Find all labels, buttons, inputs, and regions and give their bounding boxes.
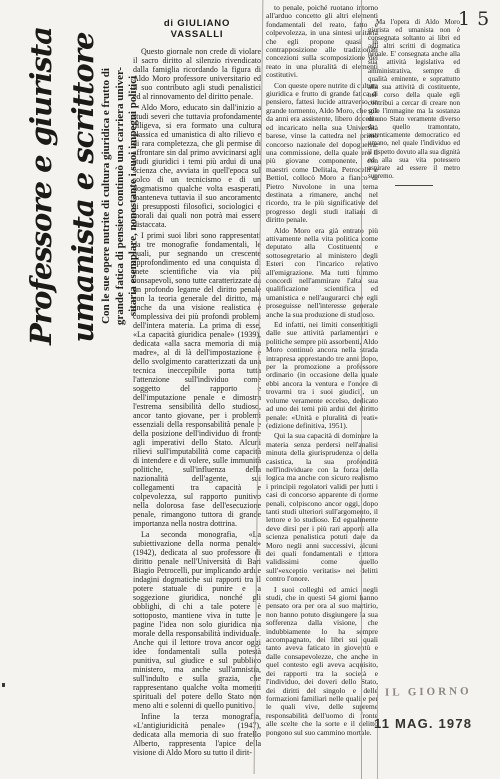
page-number: 15 <box>458 8 496 30</box>
byline-line-1: di GIULIANO <box>133 18 261 29</box>
date-stamp: 11 MAG. 1978 <box>374 716 472 731</box>
article-paragraph: Aldo Moro, educato sin dall'inizio a stu… <box>133 103 261 229</box>
article-paragraph: La seconda monografia, «La subiettivazio… <box>133 530 261 710</box>
clipping-edge-line <box>377 686 378 779</box>
article-paragraph: Questo giornale non crede di violare il … <box>133 47 261 101</box>
article-headline: Professore e giurista umanista e scritto… <box>20 30 104 345</box>
article-paragraph: I primi suoi libri sono rappresentati da… <box>133 231 261 528</box>
scan-speck <box>2 683 5 687</box>
headline-line-1: Professore e giurista <box>20 30 62 345</box>
newspaper-name-stamp: IL GIORNO <box>385 685 472 699</box>
text-column-3: Ma l'opera di Aldo Moro giurista ed uman… <box>368 18 460 188</box>
column-divider-right <box>361 0 362 779</box>
text-column-1: di GIULIANO VASSALLI Questo giornale non… <box>133 18 261 766</box>
article-paragraph: Infine la terza monografia, «L'antigiuri… <box>133 712 261 757</box>
standfirst-line-2: grande fatica di pensiero continuò una c… <box>114 45 128 347</box>
byline-line-2: VASSALLI <box>133 29 261 40</box>
headline-line-2: umanista e scrittore <box>62 30 104 345</box>
standfirst-line-1: Con le sue opere nutrite di cultura giur… <box>100 45 114 347</box>
article-paragraph: Ma l'opera di Aldo Moro giurista ed uman… <box>368 18 460 180</box>
byline: di GIULIANO VASSALLI <box>133 18 261 40</box>
end-of-article-rule <box>395 185 433 186</box>
newspaper-clipping-page: Professore e giurista umanista e scritto… <box>0 0 500 779</box>
